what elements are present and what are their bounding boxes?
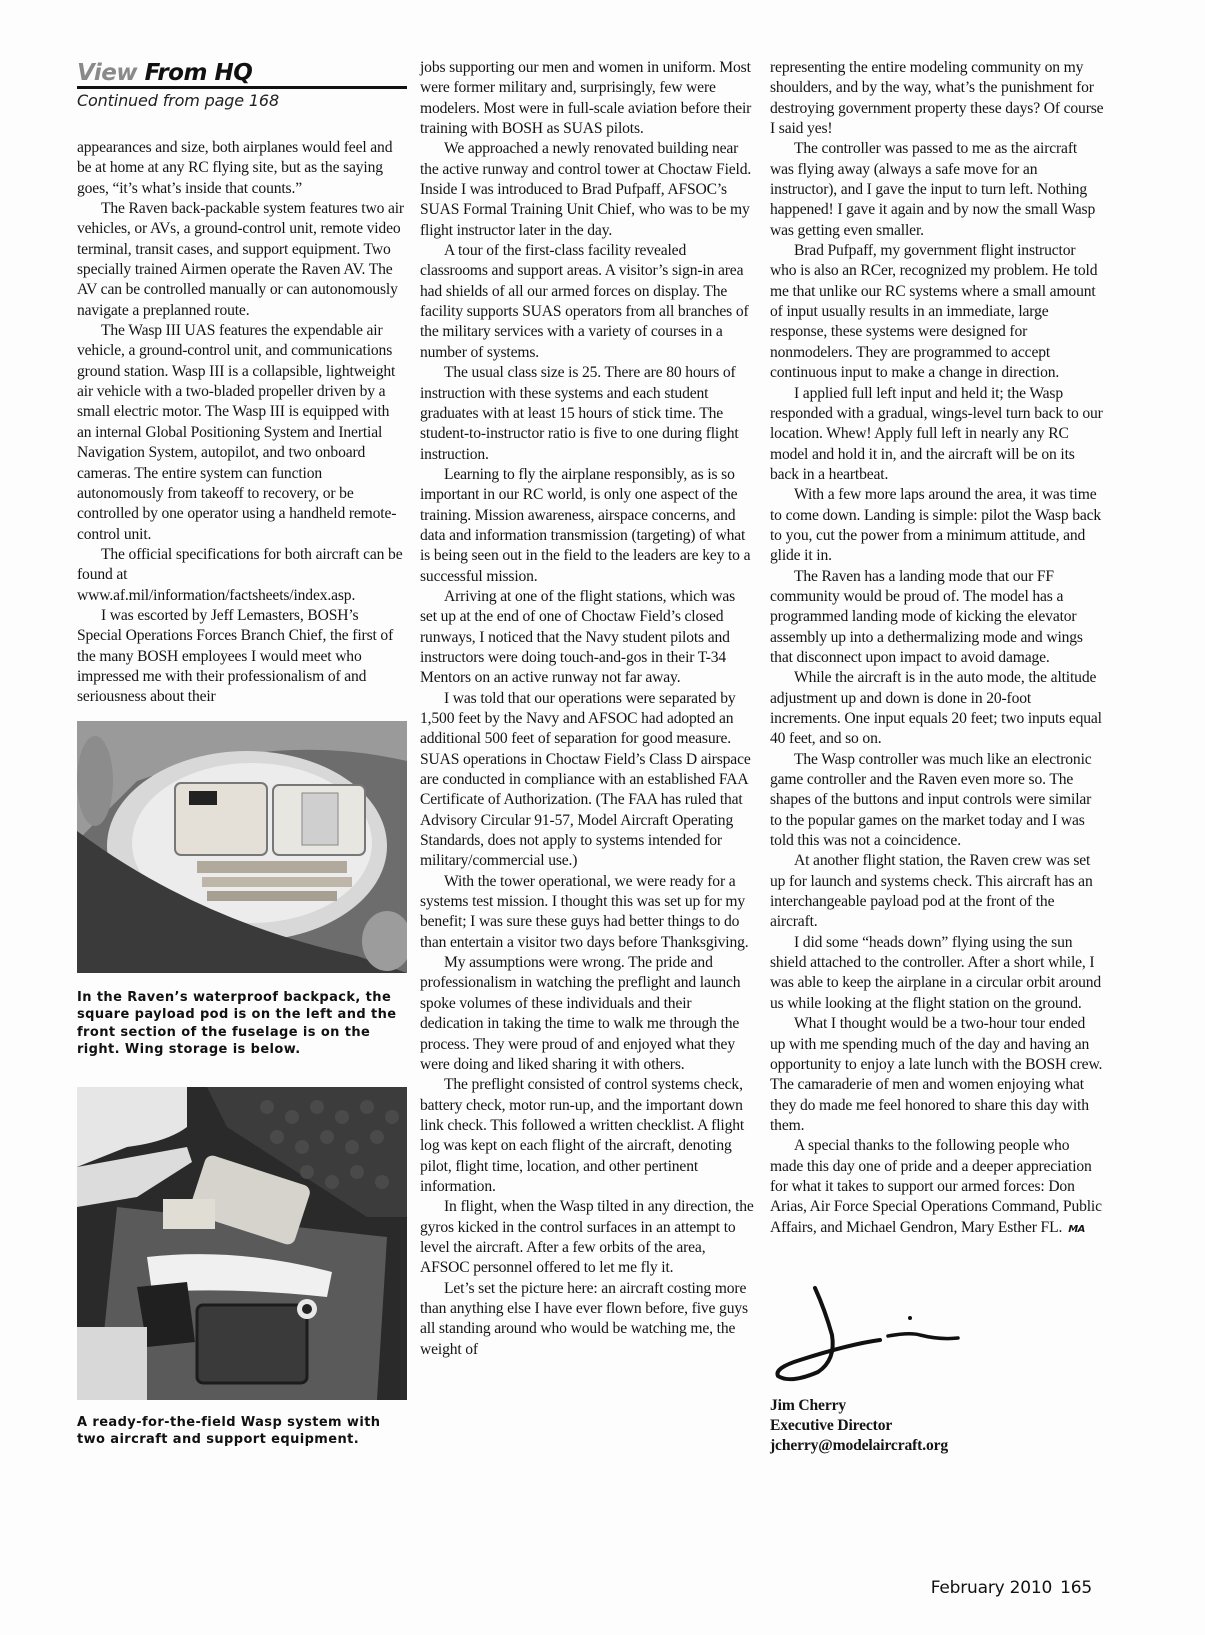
magazine-page: View From HQ Continued from page 168 app… <box>0 0 1205 1635</box>
paragraph: The official specifications for both air… <box>77 545 407 606</box>
paragraph: The Wasp III UAS features the expendable… <box>77 321 407 545</box>
raven-backpack-image <box>77 721 407 973</box>
column-3: representing the entire modeling communi… <box>770 58 1104 1456</box>
paragraph: I was told that our operations were sepa… <box>420 689 754 872</box>
paragraph: The controller was passed to me as the a… <box>770 139 1104 241</box>
signer-name: Jim Cherry <box>770 1396 1104 1416</box>
paragraph: jobs supporting our men and women in uni… <box>420 58 754 139</box>
signer-title: Executive Director <box>770 1416 1104 1436</box>
paragraph: The usual class size is 25. There are 80… <box>420 363 754 465</box>
paragraph: What I thought would be a two-hour tour … <box>770 1014 1104 1136</box>
paragraph: We approached a newly renovated building… <box>420 139 754 241</box>
continued-from-note: Continued from page 168 <box>77 91 407 111</box>
paragraph: A special thanks to the following people… <box>770 1136 1104 1240</box>
ma-end-mark-icon: MA <box>1068 1224 1085 1235</box>
wasp-system-image <box>77 1087 407 1400</box>
paragraph: appearances and size, both airplanes wou… <box>77 138 407 199</box>
column-1: View From HQ Continued from page 168 app… <box>77 58 407 1449</box>
page-footer: February 2010165 <box>931 1578 1092 1598</box>
paragraph: My assumptions were wrong. The pride and… <box>420 953 754 1075</box>
paragraph: In flight, when the Wasp tilted in any d… <box>420 1197 754 1278</box>
paragraph: Brad Pufpaff, my government flight instr… <box>770 241 1104 383</box>
issue-date: February 2010 <box>931 1578 1052 1598</box>
section-title-view: View <box>77 60 137 86</box>
paragraph: The Raven has a landing mode that our FF… <box>770 567 1104 669</box>
section-title-from: From HQ <box>145 60 253 86</box>
paragraph: Let’s set the picture here: an aircraft … <box>420 1279 754 1360</box>
paragraph: I applied full left input and held it; t… <box>770 384 1104 486</box>
section-title: View From HQ <box>77 56 407 89</box>
paragraph: I did some “heads down” flying using the… <box>770 933 1104 1014</box>
column-2: jobs supporting our men and women in uni… <box>420 58 754 1360</box>
paragraph: The Wasp controller was much like an ele… <box>770 750 1104 852</box>
paragraph: The Raven back-packable system features … <box>77 199 407 321</box>
signature-block: Jim Cherry Executive Director jcherry@mo… <box>770 1280 1104 1456</box>
paragraph: At another flight station, the Raven cre… <box>770 851 1104 932</box>
paragraph: While the aircraft is in the auto mode, … <box>770 668 1104 749</box>
closing-paragraph-text: A special thanks to the following people… <box>770 1137 1102 1235</box>
section-header: View From HQ Continued from page 168 <box>77 56 407 114</box>
paragraph: A tour of the first-class facility revea… <box>420 241 754 363</box>
photo-caption: A ready-for-the-field Wasp system with t… <box>77 1414 407 1449</box>
signer-email[interactable]: jcherry@modelaircraft.org <box>770 1436 1104 1456</box>
page-number: 165 <box>1060 1578 1092 1598</box>
paragraph: I was escorted by Jeff Lemasters, BOSH’s… <box>77 606 407 708</box>
paragraph: The preflight consisted of control syste… <box>420 1075 754 1197</box>
paragraph: Arriving at one of the flight stations, … <box>420 587 754 689</box>
photo-raven-backpack <box>77 721 407 973</box>
photo-caption: In the Raven’s waterproof backpack, the … <box>77 989 407 1059</box>
photo-wasp-system <box>77 1087 407 1400</box>
paragraph: With the tower operational, we were read… <box>420 872 754 953</box>
paragraph: Learning to fly the airplane responsibly… <box>420 465 754 587</box>
handwritten-signature-icon <box>770 1280 970 1390</box>
paragraph: With a few more laps around the area, it… <box>770 485 1104 566</box>
paragraph: representing the entire modeling communi… <box>770 58 1104 139</box>
